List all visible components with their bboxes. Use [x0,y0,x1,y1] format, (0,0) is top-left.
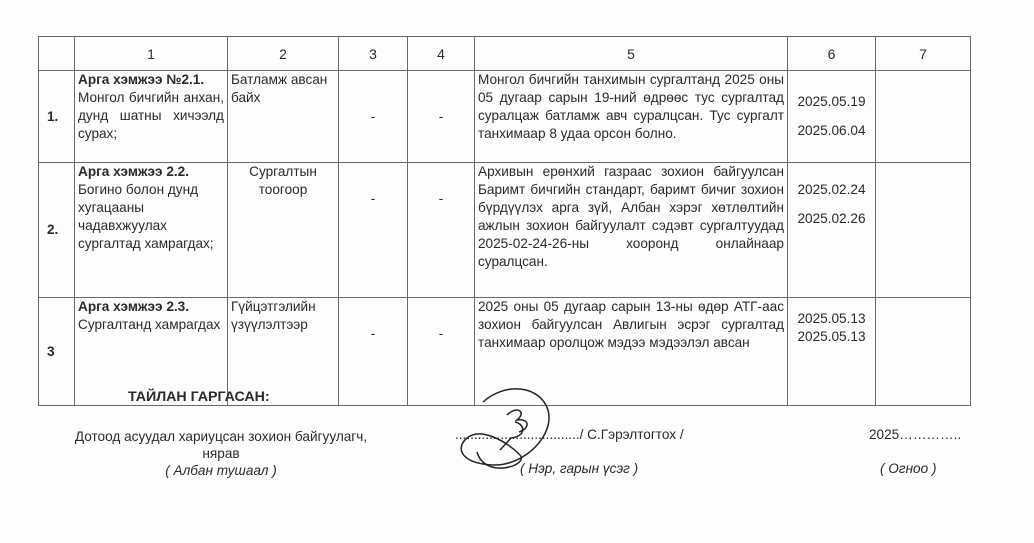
measure-title: Арга хэмжээ 2.3. [78,299,189,314]
col3-cell: - [339,163,408,298]
date-value: 2025.02.26 [791,210,872,228]
measure-text: Монгол бичгийн анхан, дунд шатны хичээлд… [78,90,224,141]
signature-title: ТАЙЛАН ГАРГАСАН: [128,389,270,405]
header-cell-1: 1 [75,37,228,71]
col4-cell: - [408,71,475,163]
name-caption: ( Нэр, гарын үсэг ) [520,461,638,476]
indicator-cell: Сургалтын тоогоор [228,163,339,298]
date-value: 2025.05.13 [791,328,872,346]
date-value: 2025.02.24 [791,181,872,199]
measure-text: Богино болон дунд хугацааны чадавхжуулах… [78,182,214,251]
position-caption: ( Албан тушаал ) [46,462,396,479]
date-caption: ( Огноо ) [880,461,937,476]
signer-position: Дотоод асуудал хариуцсан зохион байгуула… [46,428,396,479]
measure-title: Арга хэмжээ 2.2. [78,164,189,179]
report-table: 1 2 3 4 5 6 7 1. Арга хэмжээ №2.1. Монго… [38,36,971,406]
dates-cell: 2025.05.13 2025.05.13 [788,298,876,406]
table-header-row: 1 2 3 4 5 6 7 [39,37,971,71]
col7-cell [876,163,971,298]
measure-title: Арга хэмжээ №2.1. [78,72,204,87]
dates-cell: 2025.02.24 2025.02.26 [788,163,876,298]
header-cell-4: 4 [408,37,475,71]
date-line: 2025………….. [869,427,961,442]
measure-text: Сургалтанд хамрагдах [78,317,220,332]
col4-cell: - [408,163,475,298]
col7-cell [876,71,971,163]
result-cell: Архивын ерөнхий газраас зохион байгуулса… [475,163,788,298]
header-cell-7: 7 [876,37,971,71]
table-row: 1. Арга хэмжээ №2.1. Монгол бичгийн анха… [39,71,971,163]
header-cell-3: 3 [339,37,408,71]
indicator-cell: Батламж авсан байх [228,71,339,163]
table-row: 2. Арга хэмжээ 2.2. Богино болон дунд ху… [39,163,971,298]
result-cell: Монгол бичгийн танхимын сургалтанд 2025 … [475,71,788,163]
date-value: 2025.06.04 [791,122,872,140]
date-value: 2025.05.19 [791,93,872,111]
header-cell-6: 6 [788,37,876,71]
header-cell-0 [39,37,75,71]
measure-cell: Арга хэмжээ 2.2. Богино болон дунд хугац… [75,163,228,298]
position-line-2: нярав [46,445,396,462]
row-number: 3 [39,298,75,406]
measure-cell: Арга хэмжээ №2.1. Монгол бичгийн анхан, … [75,71,228,163]
row-number: 1. [39,71,75,163]
name-signature-line: ................................./ С.Гэр… [455,427,684,442]
date-value: 2025.05.13 [791,310,872,328]
col3-cell: - [339,71,408,163]
dates-cell: 2025.05.19 2025.06.04 [788,71,876,163]
col7-cell [876,298,971,406]
header-cell-2: 2 [228,37,339,71]
col3-cell: - [339,298,408,406]
row-number: 2. [39,163,75,298]
position-line-1: Дотоод асуудал хариуцсан зохион байгуула… [46,428,396,445]
header-cell-5: 5 [475,37,788,71]
